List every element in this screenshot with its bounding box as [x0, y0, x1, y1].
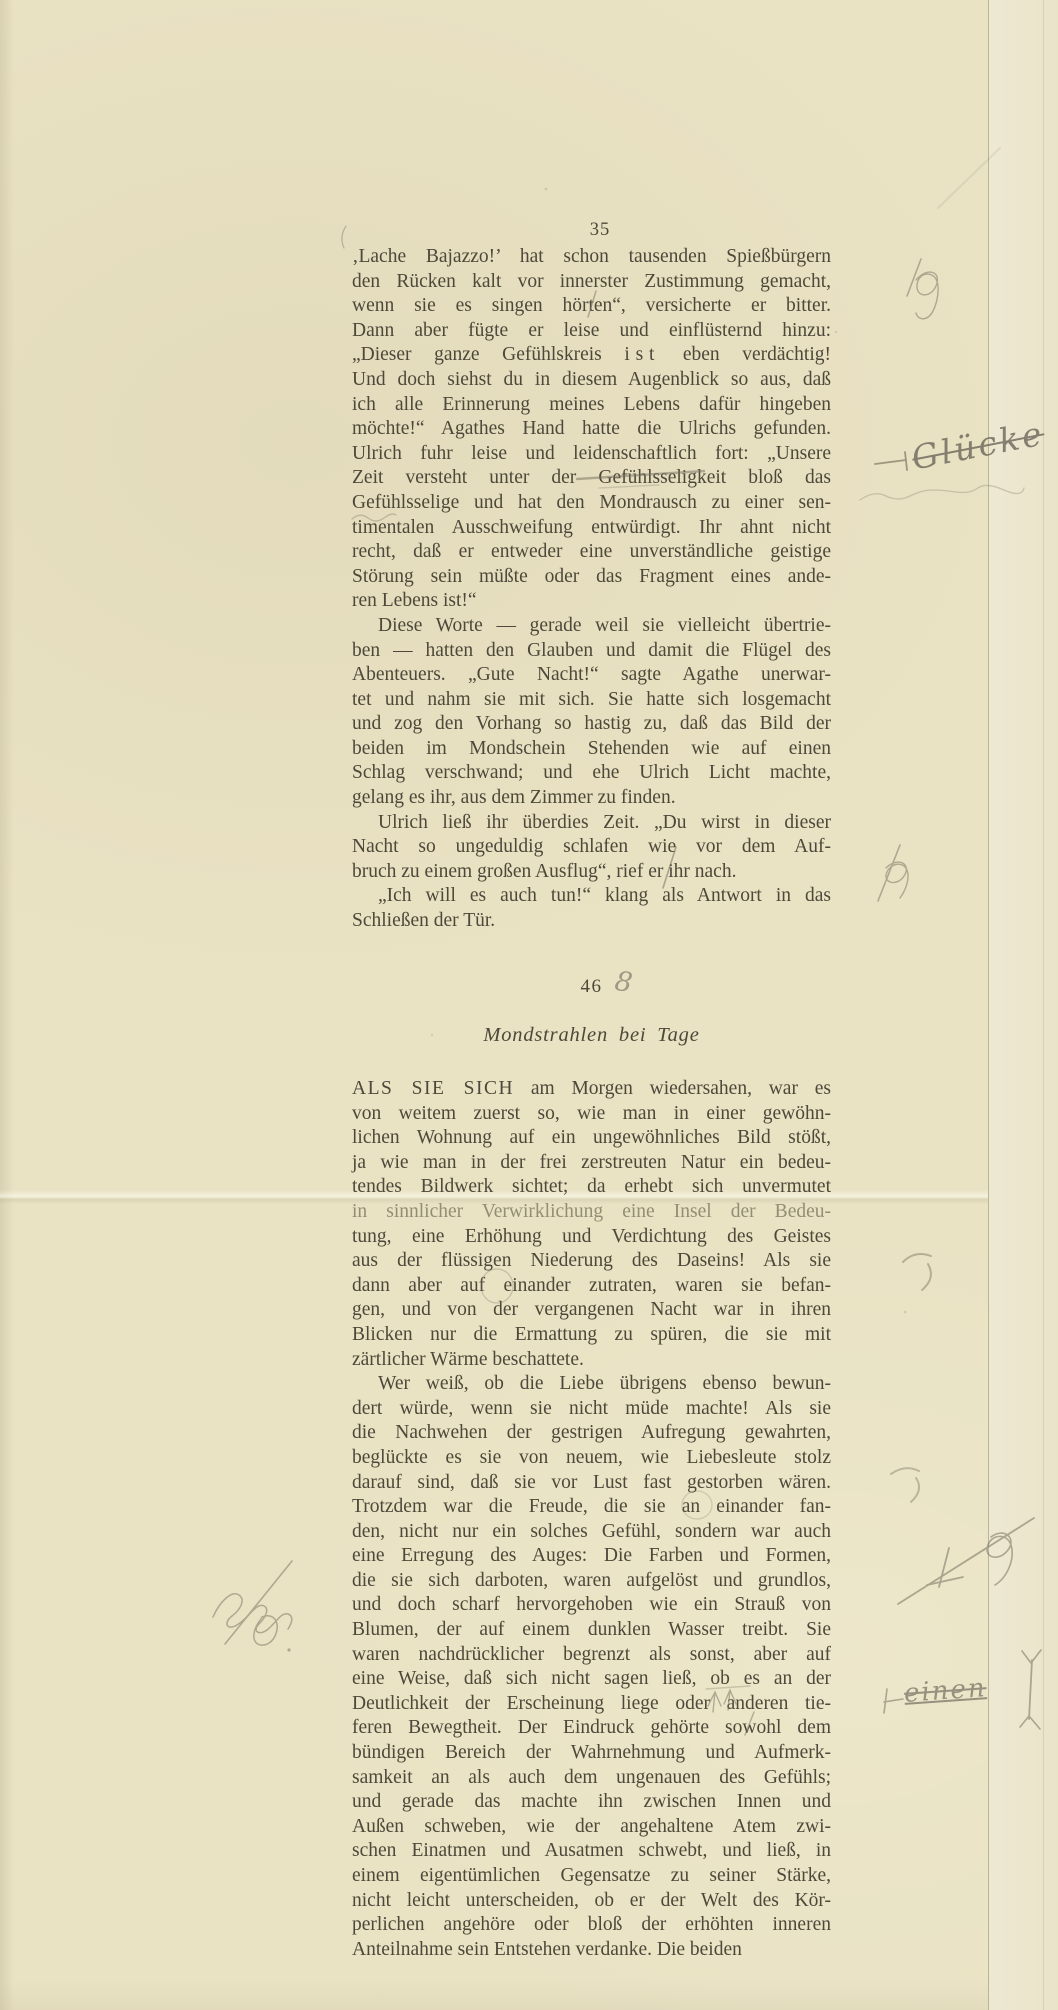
pencil-squiggle-mid-right-icon	[878, 845, 908, 901]
paragraph: „Ich will es auch tun!“ klang als Antwor…	[352, 884, 831, 933]
text-line: lichen Wohnung auf ein ungewöhnliches Bi…	[352, 1126, 831, 1151]
text-line: timentalen Ausschweifung entwürdigt. Ihr…	[352, 516, 831, 541]
section-number: 46	[352, 976, 831, 998]
text-line: Zeit versteht unter der Gefühlsseligkeit…	[352, 466, 831, 491]
pencil-squiggle-top-right-icon	[907, 259, 938, 319]
text-line: ‚Lache Bajazzo!’ hat schon tausenden Spi…	[352, 245, 831, 270]
text-line: dert würde, wenn sie nicht müde machte! …	[352, 1397, 831, 1422]
pencil-scribble-left-icon	[213, 1561, 292, 1652]
text-line: dann aber auf einander zutraten, waren s…	[352, 1274, 831, 1299]
text-line: den Rücken kalt vor innerster Zustimmung…	[352, 270, 831, 295]
text-line: Ulrich ließ ihr überdies Zeit. „Du wirst…	[352, 811, 831, 836]
text-block-bottom: ALS SIE SICH am Morgen wiedersahen, war …	[352, 1077, 831, 1962]
text-line: bruch zu einem großen Ausflug“, rief er …	[352, 860, 831, 885]
text-line: Blumen, der auf einem dunklen Wasser tre…	[352, 1618, 831, 1643]
text-line: gen, und von der vergangenen Nacht war i…	[352, 1298, 831, 1323]
text-line: Anteilnahme sein Entstehen verdanke. Die…	[352, 1938, 831, 1963]
text-line: tung, eine Erhöhung und Verdichtung des …	[352, 1225, 831, 1250]
text-line: einem eigentümlichen Gegensatze zu seine…	[352, 1864, 831, 1889]
text-line: von weitem zuerst so, wie man in einer g…	[352, 1102, 831, 1127]
text-line: Trotzdem war die Freude, die sie an eina…	[352, 1495, 831, 1520]
pencil-curve-mark-1-icon	[903, 1254, 931, 1290]
paragraph: Ulrich ließ ihr überdies Zeit. „Du wirst…	[352, 811, 831, 885]
text-line: Deutlichkeit der Erscheinung liege oder …	[352, 1692, 831, 1717]
text-line: Schließen der Tür.	[352, 909, 831, 934]
text-line: aus der flüssigen Niederung des Daseins!…	[352, 1249, 831, 1274]
text-line: schen Einatmen und Ausatmen schwebt, und…	[352, 1839, 831, 1864]
text-line: zärtlicher Wärme beschattete.	[352, 1348, 831, 1373]
text-line: feren Bewegtheit. Der Eindruck gehörte s…	[352, 1716, 831, 1741]
text-line: in sinnlicher Verwirklichung eine Insel …	[352, 1200, 831, 1225]
text-line: und gerade das machte ihn zwischen Innen…	[352, 1790, 831, 1815]
pencil-dash-before-glueck-icon	[875, 452, 907, 470]
text-line: Außen schweben, wie der angehaltene Atem…	[352, 1815, 831, 1840]
text-line: nicht leicht unterscheiden, ob er der We…	[352, 1889, 831, 1914]
scanned-book-page: { "document": { "language": "de", "page_…	[0, 0, 1058, 2010]
text-line: waren nachdrücklicher begrenzt als sonst…	[352, 1643, 831, 1668]
text-line: ja wie man in der frei zerstreuten Natur…	[352, 1151, 831, 1176]
text-line: darauf sind, daß sie vor Lust fast gesto…	[352, 1471, 831, 1496]
chapter-title: Mondstrahlen bei Tage	[352, 1024, 831, 1047]
text-line: tet und nahm sie mit sich. Sie hatte sic…	[352, 688, 831, 713]
text-line: Dann aber fügte er leise und einflüstern…	[352, 319, 831, 344]
text-line: Gefühlsselige und hat den Mondrausch zu …	[352, 491, 831, 516]
text-line: ALS SIE SICH am Morgen wiedersahen, war …	[352, 1077, 831, 1102]
text-line: eine Erregung des Auges: Die Farben und …	[352, 1544, 831, 1569]
text-line: recht, daß er entweder eine unverständli…	[352, 540, 831, 565]
text-line: und zog den Vorhang so hastig zu, daß da…	[352, 712, 831, 737]
text-line: den, nicht nur ein solches Gefühl, sonde…	[352, 1520, 831, 1545]
text-line: Störung sein müßte oder das Fragment ein…	[352, 565, 831, 590]
text-line: bündigen Bereich der Wahrnehmung und Auf…	[352, 1741, 831, 1766]
page-edge-strip	[988, 0, 1058, 2010]
handwritten-crossed-word-einen: einen	[903, 1673, 987, 1709]
text-line: Ulrich fuhr leise und leidenschaftlich f…	[352, 442, 831, 467]
text-line: samkeit an als auch dem ungenauen des Ge…	[352, 1766, 831, 1791]
paragraph: ‚Lache Bajazzo!’ hat schon tausenden Spi…	[352, 245, 831, 614]
text-line: Abenteuers. „Gute Nacht!“ sagte Agathe u…	[352, 663, 831, 688]
text-line: Schlag verschwand; und ehe Ulrich Licht …	[352, 761, 831, 786]
text-line: beiden im Mondschein Stehenden wie auf e…	[352, 737, 831, 762]
paragraph: Wer weiß, ob die Liebe übrigens ebenso b…	[352, 1372, 831, 1962]
text-line: wenn sie es singen hörten“, versicherte …	[352, 294, 831, 319]
text-line: „Dieser ganze Gefühlskreis ist eben verd…	[352, 343, 831, 368]
pencil-curve-mark-2-icon	[891, 1468, 919, 1502]
text-line: Nacht so ungeduldig schlafen wie vor dem…	[352, 835, 831, 860]
text-line: Und doch siehst du in diesem Augenblick …	[352, 368, 831, 393]
text-line: perlichen angehöre oder bloß der erhöhte…	[352, 1913, 831, 1938]
text-line: eine Weise, daß sich nicht sagen ließ, o…	[352, 1667, 831, 1692]
text-line: ben — hatten den Glauben und damit die F…	[352, 639, 831, 664]
paragraph: ALS SIE SICH am Morgen wiedersahen, war …	[352, 1077, 831, 1372]
text-line: Wer weiß, ob die Liebe übrigens ebenso b…	[352, 1372, 831, 1397]
text-line: „Ich will es auch tun!“ klang als Antwor…	[352, 884, 831, 909]
pencil-einen-lead-icon	[884, 1689, 903, 1713]
paragraph: Diese Worte — gerade weil sie vielleicht…	[352, 614, 831, 811]
text-line: tendes Bildwerk sichtet; da erhebt sich …	[352, 1175, 831, 1200]
text-block-top: ‚Lache Bajazzo!’ hat schon tausenden Spi…	[352, 245, 831, 934]
text-line: gelang es ihr, aus dem Zimmer zu finden.	[352, 786, 831, 811]
text-line: ich alle Erinnerung meines Lebens dafür …	[352, 393, 831, 418]
text-line: beglückte es sie von neuem, wie Liebesle…	[352, 1446, 831, 1471]
text-line: möchte!“ Agathes Hand hatte die Ulrichs …	[352, 417, 831, 442]
text-line: und doch scharf hervorgehoben wie ein St…	[352, 1593, 831, 1618]
pencil-paren-lache-icon	[342, 226, 346, 248]
text-line: die Nachwehen der gestrigen Aufregung ge…	[352, 1421, 831, 1446]
text-line: Diese Worte — gerade weil sie vielleicht…	[352, 614, 831, 639]
text-line: ren Lebens ist!“	[352, 589, 831, 614]
text-line: die sie sich darboten, waren aufgelöst u…	[352, 1569, 831, 1594]
text-line: Blicken nur die Ermattung zu spüren, die…	[352, 1323, 831, 1348]
page-number: 35	[576, 220, 624, 241]
